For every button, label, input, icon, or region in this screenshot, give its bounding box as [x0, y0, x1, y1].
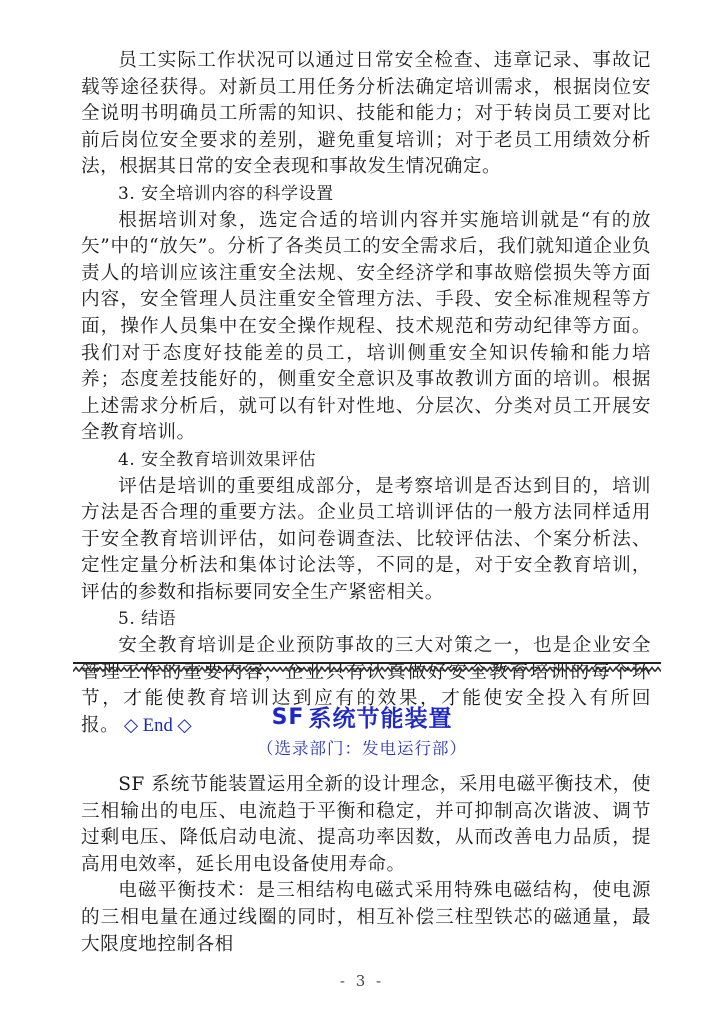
- paragraph-em-balance: 电磁平衡技术：是三相结构电磁式采用特殊电磁结构，使电源的三相电量在通过线圈的同时…: [81, 878, 651, 958]
- title-cjk: 系统节能装置: [308, 706, 452, 732]
- paragraph-evaluation: 评估是培训的重要组成部分，是考察培训是否达到目的，培训方法是否合理的重要方法。企…: [81, 474, 651, 607]
- article-2-title: SF系统节能装置: [0, 700, 724, 733]
- paragraph-sf-intro: SF 系统节能装置运用全新的设计理念，采用电磁平衡技术，使三相输出的电压、电流趋…: [81, 772, 651, 878]
- section-heading-3: 3. 安全培训内容的科学设置: [81, 181, 651, 208]
- article-2-body: SF 系统节能装置运用全新的设计理念，采用电磁平衡技术，使三相输出的电压、电流趋…: [81, 772, 651, 958]
- article-2-subtitle: （选录部门：发电运行部）: [0, 735, 724, 759]
- paragraph-content-setup: 根据培训对象，选定合适的培训内容并实施培训就是“有的放矢”中的“放矢”。分析了各…: [81, 208, 651, 447]
- page-number: - 3 -: [0, 972, 724, 990]
- article-1: 员工实际工作状况可以通过日常安全检查、违章记录、事故记载等途径获得。对新员工用任…: [81, 48, 651, 739]
- section-heading-4: 4. 安全教育培训效果评估: [81, 447, 651, 474]
- divider-line: [73, 662, 661, 664]
- title-latin: SF: [272, 705, 305, 730]
- divider-zigzag: [73, 666, 661, 673]
- paragraph-intro: 员工实际工作状况可以通过日常安全检查、违章记录、事故记载等途径获得。对新员工用任…: [81, 48, 651, 181]
- section-divider: [73, 662, 661, 674]
- section-heading-5: 5. 结语: [81, 606, 651, 633]
